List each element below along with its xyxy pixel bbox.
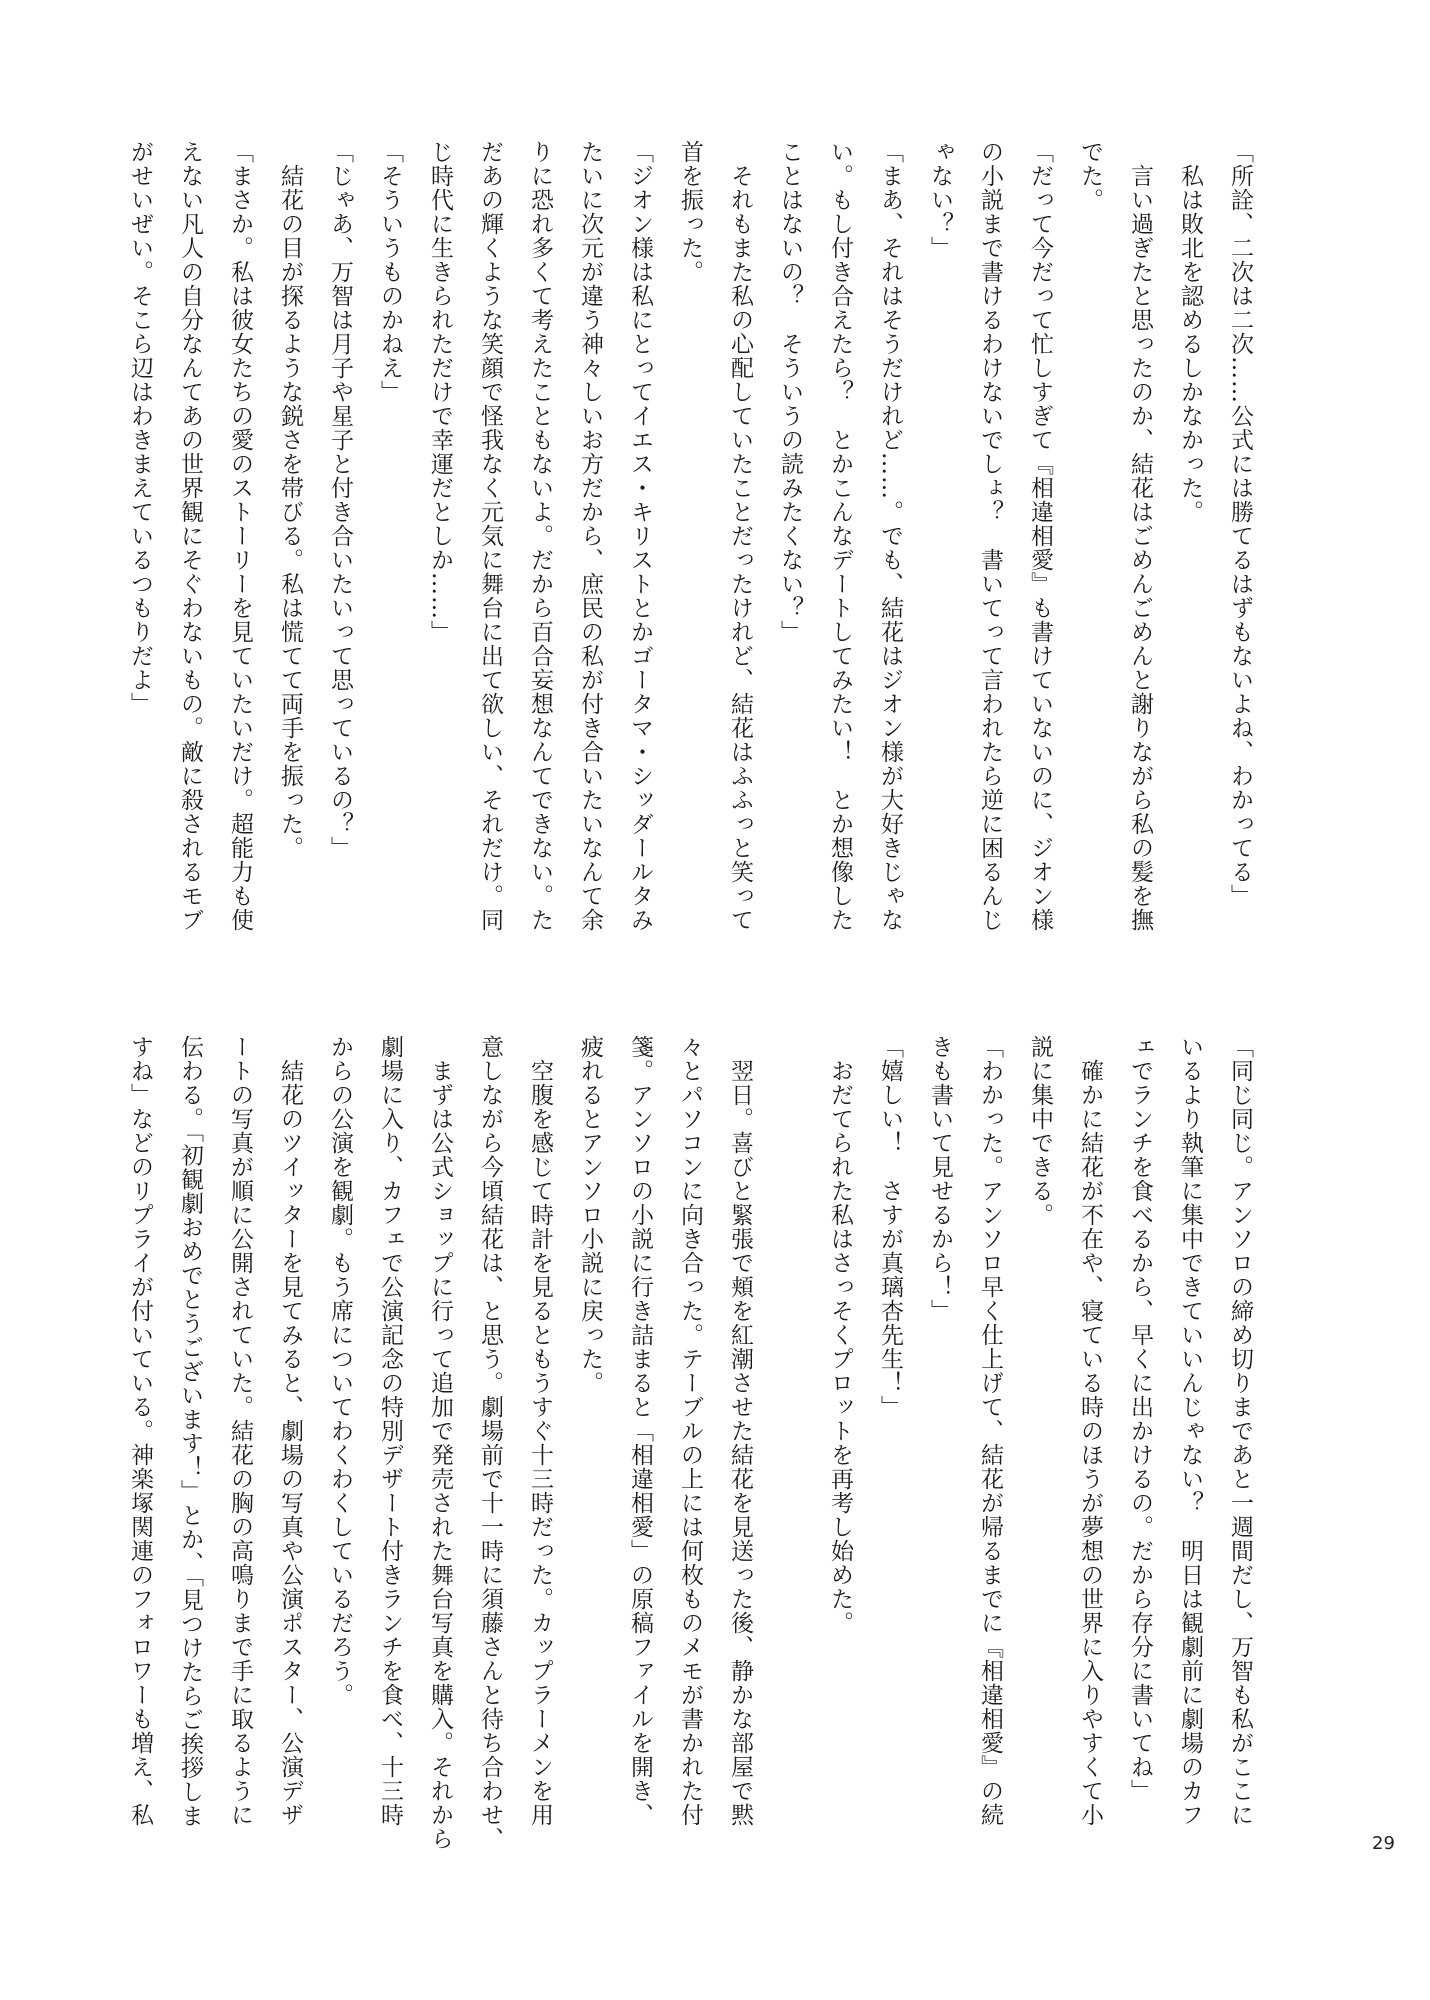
vertical-text-line: 々とパソコンに向き合った。テーブルの上には何枚ものメモが書かれた付 xyxy=(665,1035,715,1857)
vertical-text-line: えない凡人の自分なんてあの世界観にそぐわないもの。敵に殺されるモブ xyxy=(165,140,215,962)
vertical-text-line: それもまた私の心配していたことだったけれど、結花はふふっと笑って xyxy=(715,140,765,962)
vertical-text-line: きも書いて見せるから！」 xyxy=(915,1035,965,1857)
vertical-text-line: 「まあ、それはそうだけれど……。でも、結花はジオン様が大好きじゃな xyxy=(865,140,915,962)
vertical-text-line: 伝わる。「初観劇おめでとうございます！」とか、「見つけたらご挨拶しま xyxy=(165,1035,215,1857)
vertical-text-line: りに恐れ多くて考えたこともないよ。だから百合妄想なんてできない。た xyxy=(515,140,565,962)
bottom-text-block: 「同じ同じ。アンソロの締め切りまであと一週間だし、万智も私がここに いるより執筆… xyxy=(115,1035,1265,1857)
vertical-text-line: 劇場に入り、カフェで公演記念の特別デザート付きランチを食べ、十三時 xyxy=(365,1035,415,1857)
vertical-text-line: 「だって今だって忙しすぎて『相違相愛』も書けていないのに、ジオン様 xyxy=(1015,140,1065,962)
vertical-text-line: じ時代に生きられただけで幸運だとしか……」 xyxy=(415,140,465,962)
vertical-text-line: 首を振った。 xyxy=(665,140,715,962)
vertical-text-line: 箋。アンソロの小説に行き詰まると「相違相愛」の原稿ファイルを開き、 xyxy=(615,1035,665,1857)
top-text-block: 「所詮、二次は二次……公式には勝てるはずもないよね、わかってる」 私は敗北を認め… xyxy=(115,140,1265,962)
vertical-text-line: からの公演を観劇。もう席についてわくわくしているだろう。 xyxy=(315,1035,365,1857)
vertical-text-line: い。もし付き合えたら？ とかこんなデートしてみたい！ とか想像した xyxy=(815,140,865,962)
vertical-text-line: 結花の目が探るような鋭さを帯びる。私は慌てて両手を振った。 xyxy=(265,140,315,962)
vertical-text-line: ことはないの？ そういうの読みたくない？」 xyxy=(765,140,815,962)
vertical-text-line: だあの輝くような笑顔で怪我なく元気に舞台に出て欲しい、それだけ。同 xyxy=(465,140,515,962)
book-page: 「所詮、二次は二次……公式には勝てるはずもないよね、わかってる」 私は敗北を認め… xyxy=(0,0,1430,2000)
vertical-text-line: まずは公式ショップに行って追加で発売された舞台写真を購入。それから xyxy=(415,1035,465,1857)
vertical-text-line: 疲れるとアンソロ小説に戻った。 xyxy=(565,1035,615,1857)
vertical-text-line: 私は敗北を認めるしかなかった。 xyxy=(1165,140,1215,962)
vertical-text-line: がせいぜい。そこら辺はわきまえているつもりだよ」 xyxy=(115,140,165,962)
vertical-text-line: 「じゃあ、万智は月子や星子と付き合いたいって思っているの？」 xyxy=(315,140,365,962)
vertical-text-line: 説に集中できる。 xyxy=(1015,1035,1065,1857)
vertical-text-line: の小説まで書けるわけないでしょ？ 書いてって言われたら逆に困るんじ xyxy=(965,140,1015,962)
vertical-text-line: 結花のツイッターを見てみると、劇場の写真や公演ポスター、公演デザ xyxy=(265,1035,315,1857)
vertical-text-line: ートの写真が順に公開されていた。結花の胸の高鳴りまで手に取るように xyxy=(215,1035,265,1857)
vertical-text-line: 「嬉しい！ さすが真璃杏先生！」 xyxy=(865,1035,915,1857)
vertical-text-line: 「所詮、二次は二次……公式には勝てるはずもないよね、わかってる」 xyxy=(1215,140,1265,962)
vertical-text-line: すね」などのリプライが付いている。神楽塚関連のフォロワーも増え、私 xyxy=(115,1035,165,1857)
vertical-text-line: ゃない？」 xyxy=(915,140,965,962)
vertical-text-line: 「ジオン様は私にとってイエス・キリストとかゴータマ・シッダールタみ xyxy=(615,140,665,962)
vertical-text-line: 「まさか。私は彼女たちの愛のストーリーを見ていたいだけ。超能力も使 xyxy=(215,140,265,962)
vertical-text-line: 空腹を感じて時計を見るともうすぐ十三時だった。カップラーメンを用 xyxy=(515,1035,565,1857)
vertical-text-line: おだてられた私はさっそくプロットを再考し始めた。 xyxy=(815,1035,865,1857)
vertical-text-line: たいに次元が違う神々しいお方だから、庶民の私が付き合いたいなんて余 xyxy=(565,140,615,962)
vertical-text-line: いるより執筆に集中できていいんじゃない？ 明日は観劇前に劇場のカフ xyxy=(1165,1035,1215,1857)
vertical-text-line: 「わかった。アンソロ早く仕上げて、結花が帰るまでに『相違相愛』の続 xyxy=(965,1035,1015,1857)
vertical-text-line: 翌日。喜びと緊張で頬を紅潮させた結花を見送った後、静かな部屋で黙 xyxy=(715,1035,765,1857)
vertical-text-line: 「同じ同じ。アンソロの締め切りまであと一週間だし、万智も私がここに xyxy=(1215,1035,1265,1857)
vertical-text-line: 「そういうものかねえ」 xyxy=(365,140,415,962)
vertical-text-line: 言い過ぎたと思ったのか、結花はごめんごめんと謝りながら私の髪を撫 xyxy=(1115,140,1165,962)
vertical-text-line-blank xyxy=(765,1035,815,1857)
vertical-text-line: 確かに結花が不在や、寝ている時のほうが夢想の世界に入りやすくて小 xyxy=(1065,1035,1115,1857)
vertical-text-line: 意しながら今頃結花は、と思う。劇場前で十一時に須藤さんと待ち合わせ、 xyxy=(465,1035,515,1857)
vertical-text-line: でた。 xyxy=(1065,140,1115,962)
page-number: 29 xyxy=(1372,1833,1395,1854)
vertical-text-line: ェでランチを食べるから、早くに出かけるの。だから存分に書いてね」 xyxy=(1115,1035,1165,1857)
